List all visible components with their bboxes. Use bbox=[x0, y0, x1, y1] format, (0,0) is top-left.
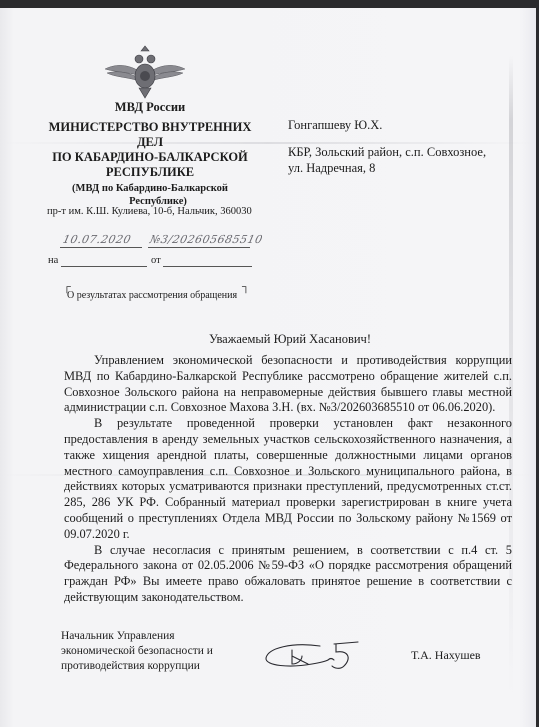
agency-address: пр-т им. К.Ш. Кулиева, 10-б, Нальчик, 36… bbox=[47, 206, 252, 217]
ref-label-na: на bbox=[48, 255, 58, 266]
subject-bracket-right: ┐ bbox=[242, 281, 250, 293]
recipient-address-line: КБР, Зольский район, с.п. Совхозное, bbox=[288, 144, 486, 160]
agency-short-name: МВД России bbox=[40, 100, 260, 115]
recipient-name: Гонгапшеву Ю.Х. bbox=[288, 117, 382, 133]
date-underline bbox=[60, 247, 142, 248]
mvd-emblem-icon bbox=[103, 45, 187, 99]
letter-body: Управлением экономической безопасности и… bbox=[64, 353, 512, 606]
outgoing-number: №3/202605685510 bbox=[149, 233, 264, 246]
body-paragraph: В случае несогласия с принятым решением,… bbox=[64, 543, 512, 606]
agency-abbr-line: (МВД по Кабардино-Балкарской bbox=[40, 182, 260, 195]
number-underline bbox=[148, 247, 250, 248]
recipient-address-line: ул. Надречная, 8 bbox=[288, 160, 375, 176]
signer-title-line: Начальник Управления bbox=[61, 629, 213, 644]
agency-full-name-line: ПО КАБАРДИНО-БАЛКАРСКОЙ bbox=[40, 150, 260, 165]
signer-title: Начальник Управления экономической безоп… bbox=[61, 629, 213, 674]
signer-title-line: противодействия коррупции bbox=[61, 659, 213, 674]
agency-full-name-line: МИНИСТЕРСТВО ВНУТРЕННИХ bbox=[40, 120, 260, 135]
ref-label-ot: от bbox=[151, 255, 161, 266]
salutation: Уважаемый Юрий Хасанович! bbox=[60, 332, 520, 347]
agency-full-name-line: РЕСПУБЛИКЕ bbox=[40, 165, 260, 180]
handwritten-signature-icon bbox=[262, 636, 362, 676]
agency-full-name-line: ДЕЛ bbox=[40, 135, 260, 150]
signer-name: Т.А. Нахушев bbox=[411, 648, 481, 663]
body-paragraph: Управлением экономической безопасности и… bbox=[64, 353, 512, 416]
ref-na-underline bbox=[61, 266, 147, 267]
letter-subject: О результатах рассмотрения обращения bbox=[67, 290, 237, 301]
body-paragraph: В результате проведенной проверки устано… bbox=[64, 416, 512, 542]
outgoing-date: 10.07.2020 bbox=[62, 233, 133, 246]
ref-ot-underline bbox=[163, 266, 252, 267]
signer-title-line: экономической безопасности и bbox=[61, 644, 213, 659]
